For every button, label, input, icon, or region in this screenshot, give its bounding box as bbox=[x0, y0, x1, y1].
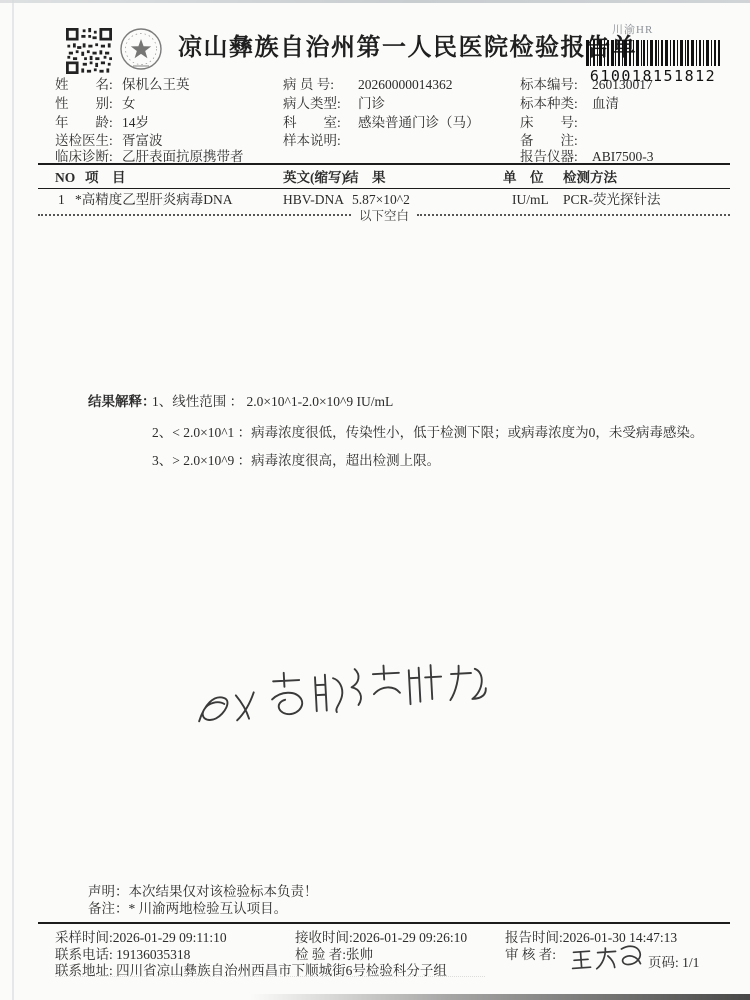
interpretation-line-2: 2、< 2.0×10^1 ：病毒浓度很低，传染性小，低于检测下限；或病毒浓度为0… bbox=[152, 425, 703, 441]
patient-id-value: 20260000014362 bbox=[358, 77, 453, 93]
tester-name: 检 验 者:张帅 bbox=[295, 947, 373, 963]
region-tag: 川渝HR bbox=[612, 24, 653, 37]
bed-no-label: 床 号: bbox=[520, 115, 578, 131]
interpretation-line-1: 1、线性范围 ： 2.0×10^1-2.0×10^9 IU/mL bbox=[152, 394, 393, 410]
age-label: 年 龄: bbox=[55, 115, 113, 131]
sample-note-label: 样本说明: bbox=[283, 133, 341, 149]
declaration-text: 声明：本次结果仅对该检验标本负责！ bbox=[88, 884, 318, 900]
sex-value: 女 bbox=[122, 96, 136, 112]
name-value: 保机么王英 bbox=[122, 77, 190, 93]
col-method: 检测方法 bbox=[563, 170, 617, 186]
col-unit: 单 位 bbox=[503, 170, 544, 186]
patient-id-label: 病 员 号: bbox=[283, 77, 334, 93]
interpretation-label: 结果解释： bbox=[88, 394, 156, 410]
table-header-rule bbox=[38, 188, 730, 189]
specimen-type-value: 血清 bbox=[592, 96, 619, 112]
divider-dots-right bbox=[417, 214, 730, 216]
reviewer-label: 审 核 者: bbox=[505, 947, 556, 963]
barcode bbox=[586, 40, 720, 66]
sample-time: 采样时间:2026-01-29 09:11:10 bbox=[55, 930, 227, 946]
remark-text: 备注：* 川渝两地检验互认项目。 bbox=[88, 901, 287, 917]
specimen-no-label: 标本编号: bbox=[520, 77, 578, 93]
reviewer-signature bbox=[567, 939, 647, 976]
divider-dots-left bbox=[38, 214, 351, 216]
name-label: 姓 名: bbox=[55, 77, 113, 93]
patient-type-value: 门诊 bbox=[358, 96, 385, 112]
table-top-rule bbox=[38, 163, 730, 165]
ref-doctor-label: 送检医生: bbox=[55, 133, 113, 149]
handwritten-note bbox=[186, 648, 490, 744]
lab-report-page: 凉山彝族自治州第一人民医院检验报告单 川渝HR 610018151812 姓 bbox=[0, 0, 750, 1000]
hospital-seal-icon bbox=[118, 26, 164, 72]
footer-rule bbox=[38, 922, 730, 924]
patient-type-label: 病人类型: bbox=[283, 96, 341, 112]
col-no: NO bbox=[55, 170, 75, 186]
specimen-type-label: 标本种类: bbox=[520, 96, 578, 112]
scan-edge-top bbox=[0, 0, 750, 3]
col-abbr: 英文(缩写) bbox=[283, 170, 346, 186]
empty-note: 以下空白 bbox=[359, 206, 409, 224]
contact-phone: 联系电话: 19136035318 bbox=[55, 947, 190, 963]
dept-value: 感染普通门诊（马） bbox=[358, 115, 480, 131]
interpretation-line-3: 3、> 2.0×10^9 ：病毒浓度很高，超出检测上限。 bbox=[152, 453, 440, 469]
report-title: 凉山彝族自治州第一人民医院检验报告单 bbox=[178, 34, 637, 63]
scan-edge-bottom bbox=[250, 994, 750, 1000]
dept-label: 科 室: bbox=[283, 115, 341, 131]
specimen-no-value: 260130017 bbox=[592, 77, 653, 93]
scan-edge-left bbox=[12, 0, 14, 1000]
remark-label: 备 注: bbox=[520, 133, 578, 149]
page-number: 页码: 1/1 bbox=[648, 955, 699, 971]
receive-time: 接收时间:2026-01-29 09:26:10 bbox=[295, 930, 467, 946]
sex-label: 性 别: bbox=[55, 96, 113, 112]
ref-doctor-value: 胥富波 bbox=[122, 133, 163, 149]
age-value: 14岁 bbox=[122, 115, 149, 131]
empty-below-divider: 以下空白 bbox=[38, 206, 730, 224]
col-result: 结 果 bbox=[345, 170, 386, 186]
qr-code-icon bbox=[66, 28, 112, 74]
contact-address: 联系地址: 四川省凉山彝族自治州西昌市下顺城街6号检验科分子组 bbox=[55, 963, 447, 979]
col-item: 项 目 bbox=[85, 170, 126, 186]
